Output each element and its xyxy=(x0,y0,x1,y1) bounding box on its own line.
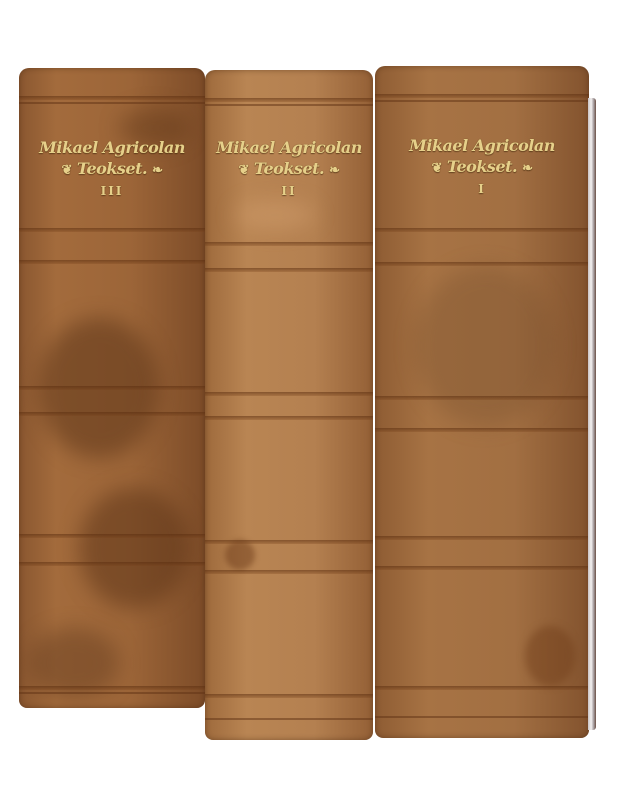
author-name: Mikael Agricolan xyxy=(205,138,373,157)
volume-number: I xyxy=(375,182,589,196)
book-spine-volume-2: Mikael Agricolan ❦ Teokset. ❧ II xyxy=(205,70,373,740)
volume-number: II xyxy=(205,184,373,198)
leaf-ornament-icon: ❦ xyxy=(238,163,248,178)
page-edges xyxy=(588,98,596,730)
leaf-ornament-icon: ❧ xyxy=(329,163,339,178)
works-title: ❦ Teokset. ❧ xyxy=(375,157,589,176)
book-spine-volume-3: Mikael Agricolan ❦ Teokset. ❧ III xyxy=(19,68,205,708)
volume-number: III xyxy=(19,184,205,198)
book-title-stamp: Mikael Agricolan ❦ Teokset. ❧ I xyxy=(375,136,589,196)
leaf-ornament-icon: ❦ xyxy=(431,161,441,176)
leaf-ornament-icon: ❦ xyxy=(61,163,71,178)
author-name: Mikael Agricolan xyxy=(19,138,205,157)
book-title-stamp: Mikael Agricolan ❦ Teokset. ❧ III xyxy=(19,138,205,198)
book-spine-volume-1: Mikael Agricolan ❦ Teokset. ❧ I xyxy=(375,66,589,738)
works-title: ❦ Teokset. ❧ xyxy=(19,159,205,178)
leaf-ornament-icon: ❧ xyxy=(152,163,162,178)
leaf-ornament-icon: ❧ xyxy=(522,161,532,176)
works-title: ❦ Teokset. ❧ xyxy=(205,159,373,178)
author-name: Mikael Agricolan xyxy=(375,136,589,155)
book-title-stamp: Mikael Agricolan ❦ Teokset. ❧ II xyxy=(205,138,373,198)
